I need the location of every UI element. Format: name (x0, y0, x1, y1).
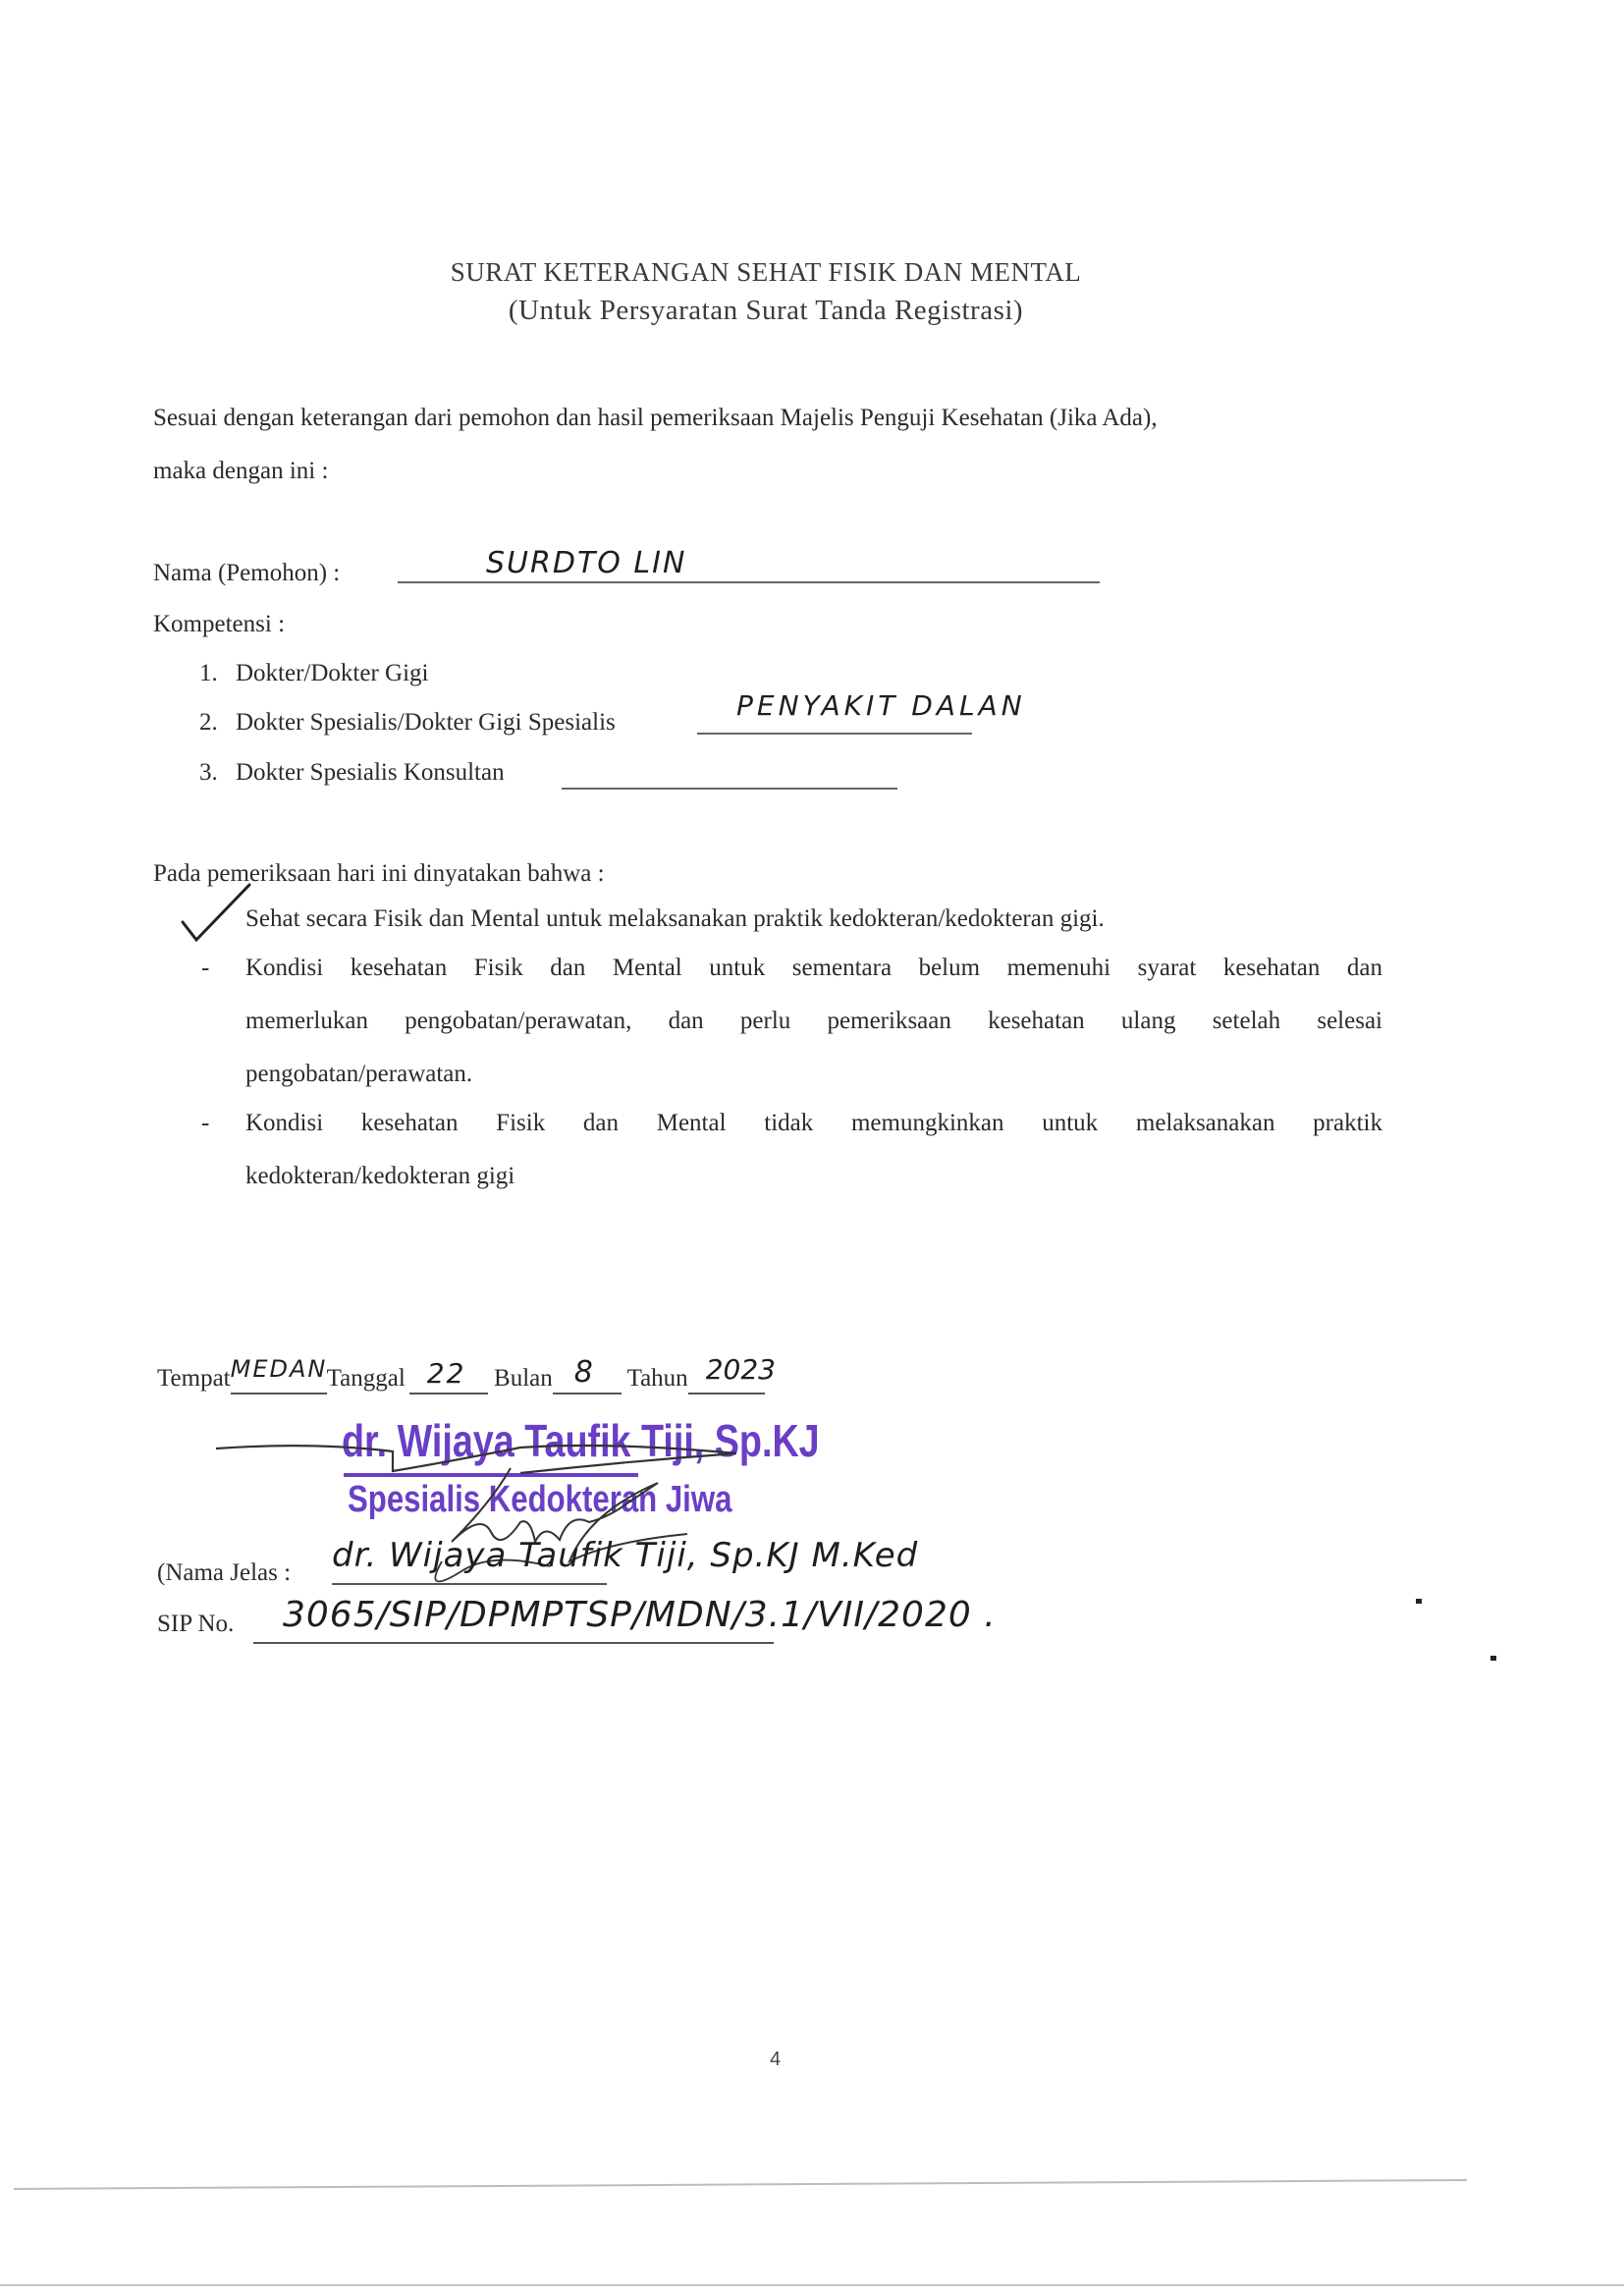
bullet-marker: - (201, 955, 209, 982)
clear-name-value: dr. Wijaya Taufik Tiji, Sp.KJ M.Ked (332, 1536, 918, 1575)
year-value: 2023 (706, 1353, 776, 1386)
year-field[interactable]: 2023 (688, 1365, 765, 1394)
name-value: SURDTO LIN (486, 546, 686, 580)
specialist-value: PENYAKIT DALAN (736, 689, 1026, 722)
kompetensi-label: Kompetensi : (153, 611, 285, 638)
date-label: Tanggal (327, 1365, 406, 1392)
intro-line-1: Sesuai dengan keterangan dari pemohon da… (153, 405, 1158, 432)
place-date-line: TempatMEDAN Tanggal22 Bulan8 Tahun2023 (157, 1365, 765, 1394)
option-not-possible-line-1[interactable]: Kondisi kesehatan Fisik dan Mental tidak… (245, 1110, 1382, 1137)
document-subtitle: (Untuk Persyaratan Surat Tanda Registras… (0, 295, 1532, 327)
page-number: 4 (770, 2049, 781, 2071)
sip-value: 3065/SIP/DPMPTSP/MDN/3.1/VII/2020 . (283, 1595, 997, 1635)
name-field[interactable]: SURDTO LIN (398, 552, 1100, 583)
kompetensi-label-text: Dokter Spesialis/Dokter Gigi Spesialis (236, 709, 616, 736)
clear-name-label: (Nama Jelas : (157, 1559, 291, 1587)
month-label: Bulan (494, 1365, 553, 1392)
year-label: Tahun (627, 1365, 688, 1392)
consultant-field[interactable] (562, 758, 897, 790)
option-healthy[interactable]: Sehat secara Fisik dan Mental untuk mela… (245, 905, 1105, 933)
date-value: 22 (427, 1357, 466, 1390)
kompetensi-label-text: Dokter/Dokter Gigi (236, 660, 428, 686)
kompetensi-item-3: 3. Dokter Spesialis Konsultan (199, 759, 505, 787)
date-field[interactable]: 22 (409, 1365, 488, 1394)
scan-speck (1416, 1599, 1422, 1604)
clear-name-field[interactable]: dr. Wijaya Taufik Tiji, Sp.KJ M.Ked (332, 1550, 607, 1585)
kompetensi-item-1: 1. Dokter/Dokter Gigi (199, 660, 428, 687)
intro-line-2: maka dengan ini : (153, 458, 328, 485)
option-not-possible-line-2: kedokteran/kedokteran gigi (245, 1163, 514, 1190)
document-title: SURAT KETERANGAN SEHAT FISIK DAN MENTAL (0, 257, 1532, 288)
month-field[interactable]: 8 (553, 1365, 622, 1394)
place-value: MEDAN (231, 1355, 328, 1383)
scan-edge-line (0, 2284, 1624, 2286)
place-label: Tempat (157, 1365, 231, 1392)
kompetensi-label-text: Dokter Spesialis Konsultan (236, 759, 505, 786)
month-value: 8 (574, 1355, 595, 1390)
kompetensi-number: 3. (199, 759, 218, 786)
kompetensi-number: 1. (199, 660, 218, 686)
scan-edge-line (14, 2179, 1467, 2190)
bullet-marker: - (201, 1110, 209, 1137)
specialist-field[interactable]: PENYAKIT DALAN (697, 703, 972, 735)
option-not-yet-line-2: memerlukan pengobatan/perawatan, dan per… (245, 1008, 1382, 1035)
name-label: Nama (Pemohon) : (153, 560, 340, 587)
sip-label: SIP No. (157, 1611, 234, 1638)
place-field[interactable]: MEDAN (231, 1365, 327, 1394)
kompetensi-number: 2. (199, 709, 218, 736)
scan-speck (1490, 1656, 1496, 1661)
sip-field[interactable]: 3065/SIP/DPMPTSP/MDN/3.1/VII/2020 . (253, 1611, 774, 1644)
option-not-yet-line-1[interactable]: Kondisi kesehatan Fisik dan Mental untuk… (245, 955, 1382, 982)
kompetensi-item-2: 2. Dokter Spesialis/Dokter Gigi Spesiali… (199, 709, 616, 737)
option-not-yet-line-3: pengobatan/perawatan. (245, 1061, 472, 1088)
